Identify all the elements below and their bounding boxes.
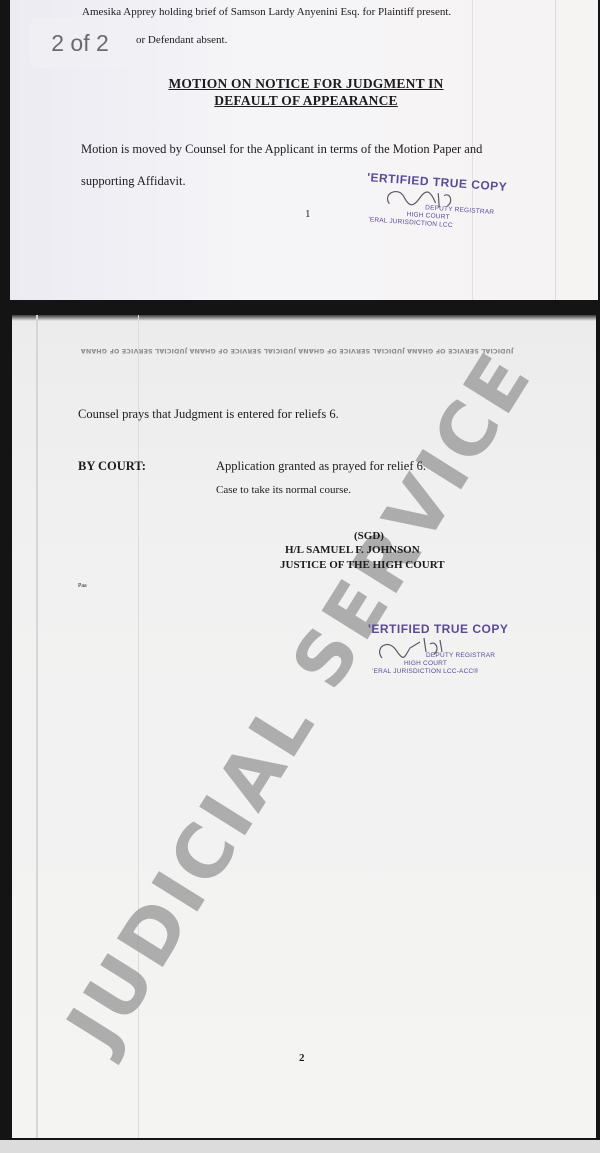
initials: Paa — [78, 583, 87, 589]
certified-true-copy-stamp: 'ERTIFIED TRUE COPY DEPUTY REGISTRAR HIG… — [363, 170, 537, 252]
ruling-line-1: Application granted as prayed for relief… — [216, 459, 426, 474]
stamp-line-1: DEPUTY REGISTRAR — [426, 652, 495, 659]
attendance-line-2: or Defendant absent. — [136, 34, 227, 46]
certified-true-copy-stamp: 'ERTIFIED TRUE COPY DEPUTY REGISTRAR HIG… — [368, 622, 538, 692]
judge-title: JUSTICE OF THE HIGH COURT — [280, 559, 445, 571]
signed-marker: (SGD) — [354, 530, 384, 542]
judge-name: H/L SAMUEL F. JOHNSON — [285, 544, 420, 556]
page-number: 1 — [305, 208, 311, 220]
stamp-line-3: ’ERAL JURISDICTION LCC-ACC® — [372, 668, 478, 675]
scan-line — [36, 315, 38, 1138]
motion-heading-line-2: DEFAULT OF APPEARANCE — [152, 93, 460, 109]
page-indicator-badge: 2 of 2 — [30, 18, 130, 68]
attendance-line-1: Amesika Apprey holding brief of Samson L… — [82, 6, 451, 18]
stamp-line-2: HIGH COURT — [404, 660, 447, 667]
scan-line — [555, 0, 556, 300]
by-court-label: BY COURT: — [78, 459, 146, 474]
prayer-text: Counsel prays that Judgment is entered f… — [78, 407, 339, 422]
ruling-line-2: Case to take its normal course. — [216, 484, 351, 496]
motion-paragraph-line-2: supporting Affidavit. — [81, 174, 186, 189]
motion-paragraph-line-1: Motion is moved by Counsel for the Appli… — [81, 142, 482, 157]
page-edge-shadow — [12, 315, 596, 321]
motion-heading-line-1: MOTION ON NOTICE FOR JUDGMENT IN — [152, 76, 460, 92]
page-number: 2 — [299, 1052, 305, 1064]
